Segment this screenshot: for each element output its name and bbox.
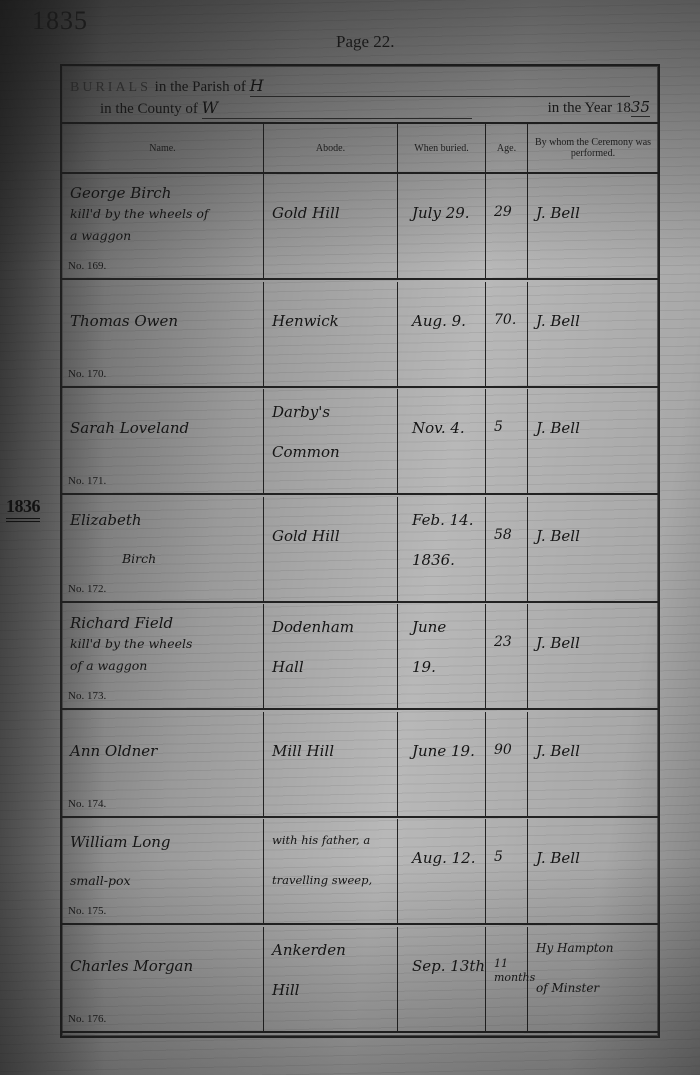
entry-abode: Ankerden — [272, 941, 346, 959]
entry-officiant-cell: J. Bell — [528, 282, 658, 386]
entry-officiant: J. Bell — [536, 849, 580, 867]
entry-name: William Long — [70, 833, 171, 851]
entry-when-buried-cell: Aug. 12. — [398, 819, 486, 923]
entry-officiant: of Minster — [536, 981, 599, 995]
entry-number: No. 175. — [68, 905, 106, 917]
entry-age: 11 months — [494, 957, 530, 986]
header-age: Age. — [486, 124, 528, 172]
entry-when-buried: June 19. — [412, 742, 475, 760]
margin-year-note: 1836 — [6, 496, 40, 522]
year-value: 35 — [631, 98, 650, 117]
entry-name: kill'd by the wheels — [70, 636, 192, 651]
page-number: Page 22. — [336, 32, 395, 52]
entry-when-buried: 1836. — [412, 551, 455, 569]
entry-name-cell: Ann OldnerNo. 174. — [62, 712, 264, 816]
entry-officiant-cell: J. Bell — [528, 604, 658, 708]
entry-name: Elizabeth — [70, 511, 142, 529]
entry-name-cell: William Longsmall-poxNo. 175. — [62, 819, 264, 923]
entry-when-buried: Nov. 4. — [412, 419, 465, 437]
entry-abode-cell: Henwick — [264, 282, 398, 386]
entry-when-buried: June — [412, 618, 446, 636]
entry-when-buried: Aug. 12. — [412, 849, 476, 867]
corner-year: 1835 — [32, 6, 88, 36]
entry-officiant-cell: Hy Hamptonof Minster — [528, 927, 658, 1031]
entry-number: No. 169. — [68, 260, 106, 272]
entry-abode: Hall — [272, 658, 304, 676]
entry-abode-cell: DodenhamHall — [264, 604, 398, 708]
entry-name: Sarah Loveland — [70, 419, 189, 437]
entry-abode: travelling sweep, — [272, 873, 372, 887]
header-abode: Abode. — [264, 124, 398, 172]
entry-age-cell: 5 — [486, 819, 528, 923]
entry-abode: with his father, a — [272, 833, 370, 847]
entry-age: 58 — [494, 527, 512, 543]
entry-officiant: J. Bell — [536, 742, 580, 760]
entry-number: No. 170. — [68, 368, 106, 380]
entry-officiant-cell: J. Bell — [528, 497, 658, 601]
header-name: Name. — [62, 124, 264, 172]
entry-abode: Hill — [272, 981, 299, 999]
entry-officiant: Hy Hampton — [536, 941, 614, 955]
entry-number: No. 172. — [68, 583, 106, 595]
table-row: William Longsmall-poxNo. 175.with his fa… — [62, 819, 658, 925]
entry-age-cell: 29 — [486, 174, 528, 278]
entry-when-buried-cell: June 19. — [398, 712, 486, 816]
header-officiant: By whom the Ceremony was performed. — [528, 124, 658, 172]
entry-name-cell: Sarah LovelandNo. 171. — [62, 389, 264, 493]
burial-register: BURIALS in the Parish of H in the County… — [60, 64, 660, 1038]
entry-officiant-cell: J. Bell — [528, 174, 658, 278]
entry-name-cell: Thomas OwenNo. 170. — [62, 282, 264, 386]
entry-abode: Darby's — [272, 403, 330, 421]
burials-heading: BURIALS — [70, 80, 151, 95]
entry-name-cell: Charles MorganNo. 176. — [62, 927, 264, 1031]
entry-name: of a waggon — [70, 658, 147, 673]
parish-label: in the Parish of — [155, 79, 246, 95]
entry-officiant-cell: J. Bell — [528, 819, 658, 923]
entry-when-buried-cell: Aug. 9. — [398, 282, 486, 386]
entry-when-buried-cell: Feb. 14.1836. — [398, 497, 486, 601]
entry-age-cell: 23 — [486, 604, 528, 708]
entry-when-buried: Sep. 13th — [412, 957, 485, 975]
entry-abode: Gold Hill — [272, 527, 340, 545]
year-label: in the Year 18 — [548, 100, 631, 116]
table-row: Ann OldnerNo. 174.Mill HillJune 19.90J. … — [62, 712, 658, 818]
entry-number: No. 174. — [68, 798, 106, 810]
entry-officiant: J. Bell — [536, 527, 580, 545]
entry-when-buried: Feb. 14. — [412, 511, 473, 529]
register-title: BURIALS in the Parish of H in the County… — [62, 66, 658, 124]
county-label: in the County of — [100, 101, 198, 117]
entry-when-buried-cell: Sep. 13th — [398, 927, 486, 1031]
entry-name-cell: George Birchkill'd by the wheels ofa wag… — [62, 174, 264, 278]
entry-age-cell: 70. — [486, 282, 528, 386]
table-row: Charles MorganNo. 176.AnkerdenHillSep. 1… — [62, 927, 658, 1033]
entry-officiant: J. Bell — [536, 204, 580, 222]
entry-age-cell: 58 — [486, 497, 528, 601]
entry-number: No. 176. — [68, 1013, 106, 1025]
entry-age: 90 — [494, 742, 512, 758]
entry-age-cell: 90 — [486, 712, 528, 816]
entry-age: 5 — [494, 419, 503, 435]
entry-name: Thomas Owen — [70, 312, 178, 330]
entry-age-cell: 5 — [486, 389, 528, 493]
entry-when-buried: 19. — [412, 658, 436, 676]
entry-name: Richard Field — [70, 614, 173, 632]
entry-abode-cell: Mill Hill — [264, 712, 398, 816]
entry-when-buried-cell: July 29. — [398, 174, 486, 278]
entry-name-cell: ElizabethBirchNo. 172. — [62, 497, 264, 601]
entry-when-buried-cell: June19. — [398, 604, 486, 708]
entry-when-buried-cell: Nov. 4. — [398, 389, 486, 493]
entry-age: 5 — [494, 849, 503, 865]
entry-name-cell: Richard Fieldkill'd by the wheelsof a wa… — [62, 604, 264, 708]
entry-abode-cell: Gold Hill — [264, 174, 398, 278]
entry-when-buried: Aug. 9. — [412, 312, 466, 330]
entry-name: Charles Morgan — [70, 957, 193, 975]
entry-officiant-cell: J. Bell — [528, 389, 658, 493]
entry-abode-cell: with his father, atravelling sweep, — [264, 819, 398, 923]
entry-age: 29 — [494, 204, 512, 220]
entry-number: No. 171. — [68, 475, 106, 487]
entry-name: kill'd by the wheels of — [70, 206, 209, 221]
entry-officiant: J. Bell — [536, 634, 580, 652]
table-row: ElizabethBirchNo. 172.Gold HillFeb. 14.1… — [62, 497, 658, 603]
entry-abode: Common — [272, 443, 340, 461]
entry-abode-cell: AnkerdenHill — [264, 927, 398, 1031]
entry-name: Birch — [122, 551, 156, 566]
entry-number: No. 173. — [68, 690, 106, 702]
entry-abode: Mill Hill — [272, 742, 334, 760]
parish-value: H — [250, 76, 264, 95]
entry-age: 70. — [494, 312, 516, 328]
entry-officiant: J. Bell — [536, 312, 580, 330]
entry-abode: Dodenham — [272, 618, 354, 636]
column-headers: Name. Abode. When buried. Age. By whom t… — [62, 124, 658, 174]
entry-abode-cell: Gold Hill — [264, 497, 398, 601]
entry-abode: Henwick — [272, 312, 339, 330]
entry-officiant-cell: J. Bell — [528, 712, 658, 816]
entry-abode: Gold Hill — [272, 204, 340, 222]
entry-name: small-pox — [70, 873, 131, 888]
entry-name: a waggon — [70, 228, 131, 243]
entry-abode-cell: Darby'sCommon — [264, 389, 398, 493]
entry-name: Ann Oldner — [70, 742, 157, 760]
entry-officiant: J. Bell — [536, 419, 580, 437]
table-row: Richard Fieldkill'd by the wheelsof a wa… — [62, 604, 658, 710]
entry-age: 23 — [494, 634, 512, 650]
header-when-buried: When buried. — [398, 124, 486, 172]
county-value: W — [202, 98, 218, 117]
entry-name: George Birch — [70, 184, 171, 202]
entry-when-buried: July 29. — [412, 204, 470, 222]
table-row: Thomas OwenNo. 170.HenwickAug. 9.70.J. B… — [62, 282, 658, 388]
table-row: George Birchkill'd by the wheels ofa wag… — [62, 174, 658, 280]
table-row: Sarah LovelandNo. 171.Darby'sCommonNov. … — [62, 389, 658, 495]
entry-age-cell: 11 months — [486, 927, 528, 1031]
